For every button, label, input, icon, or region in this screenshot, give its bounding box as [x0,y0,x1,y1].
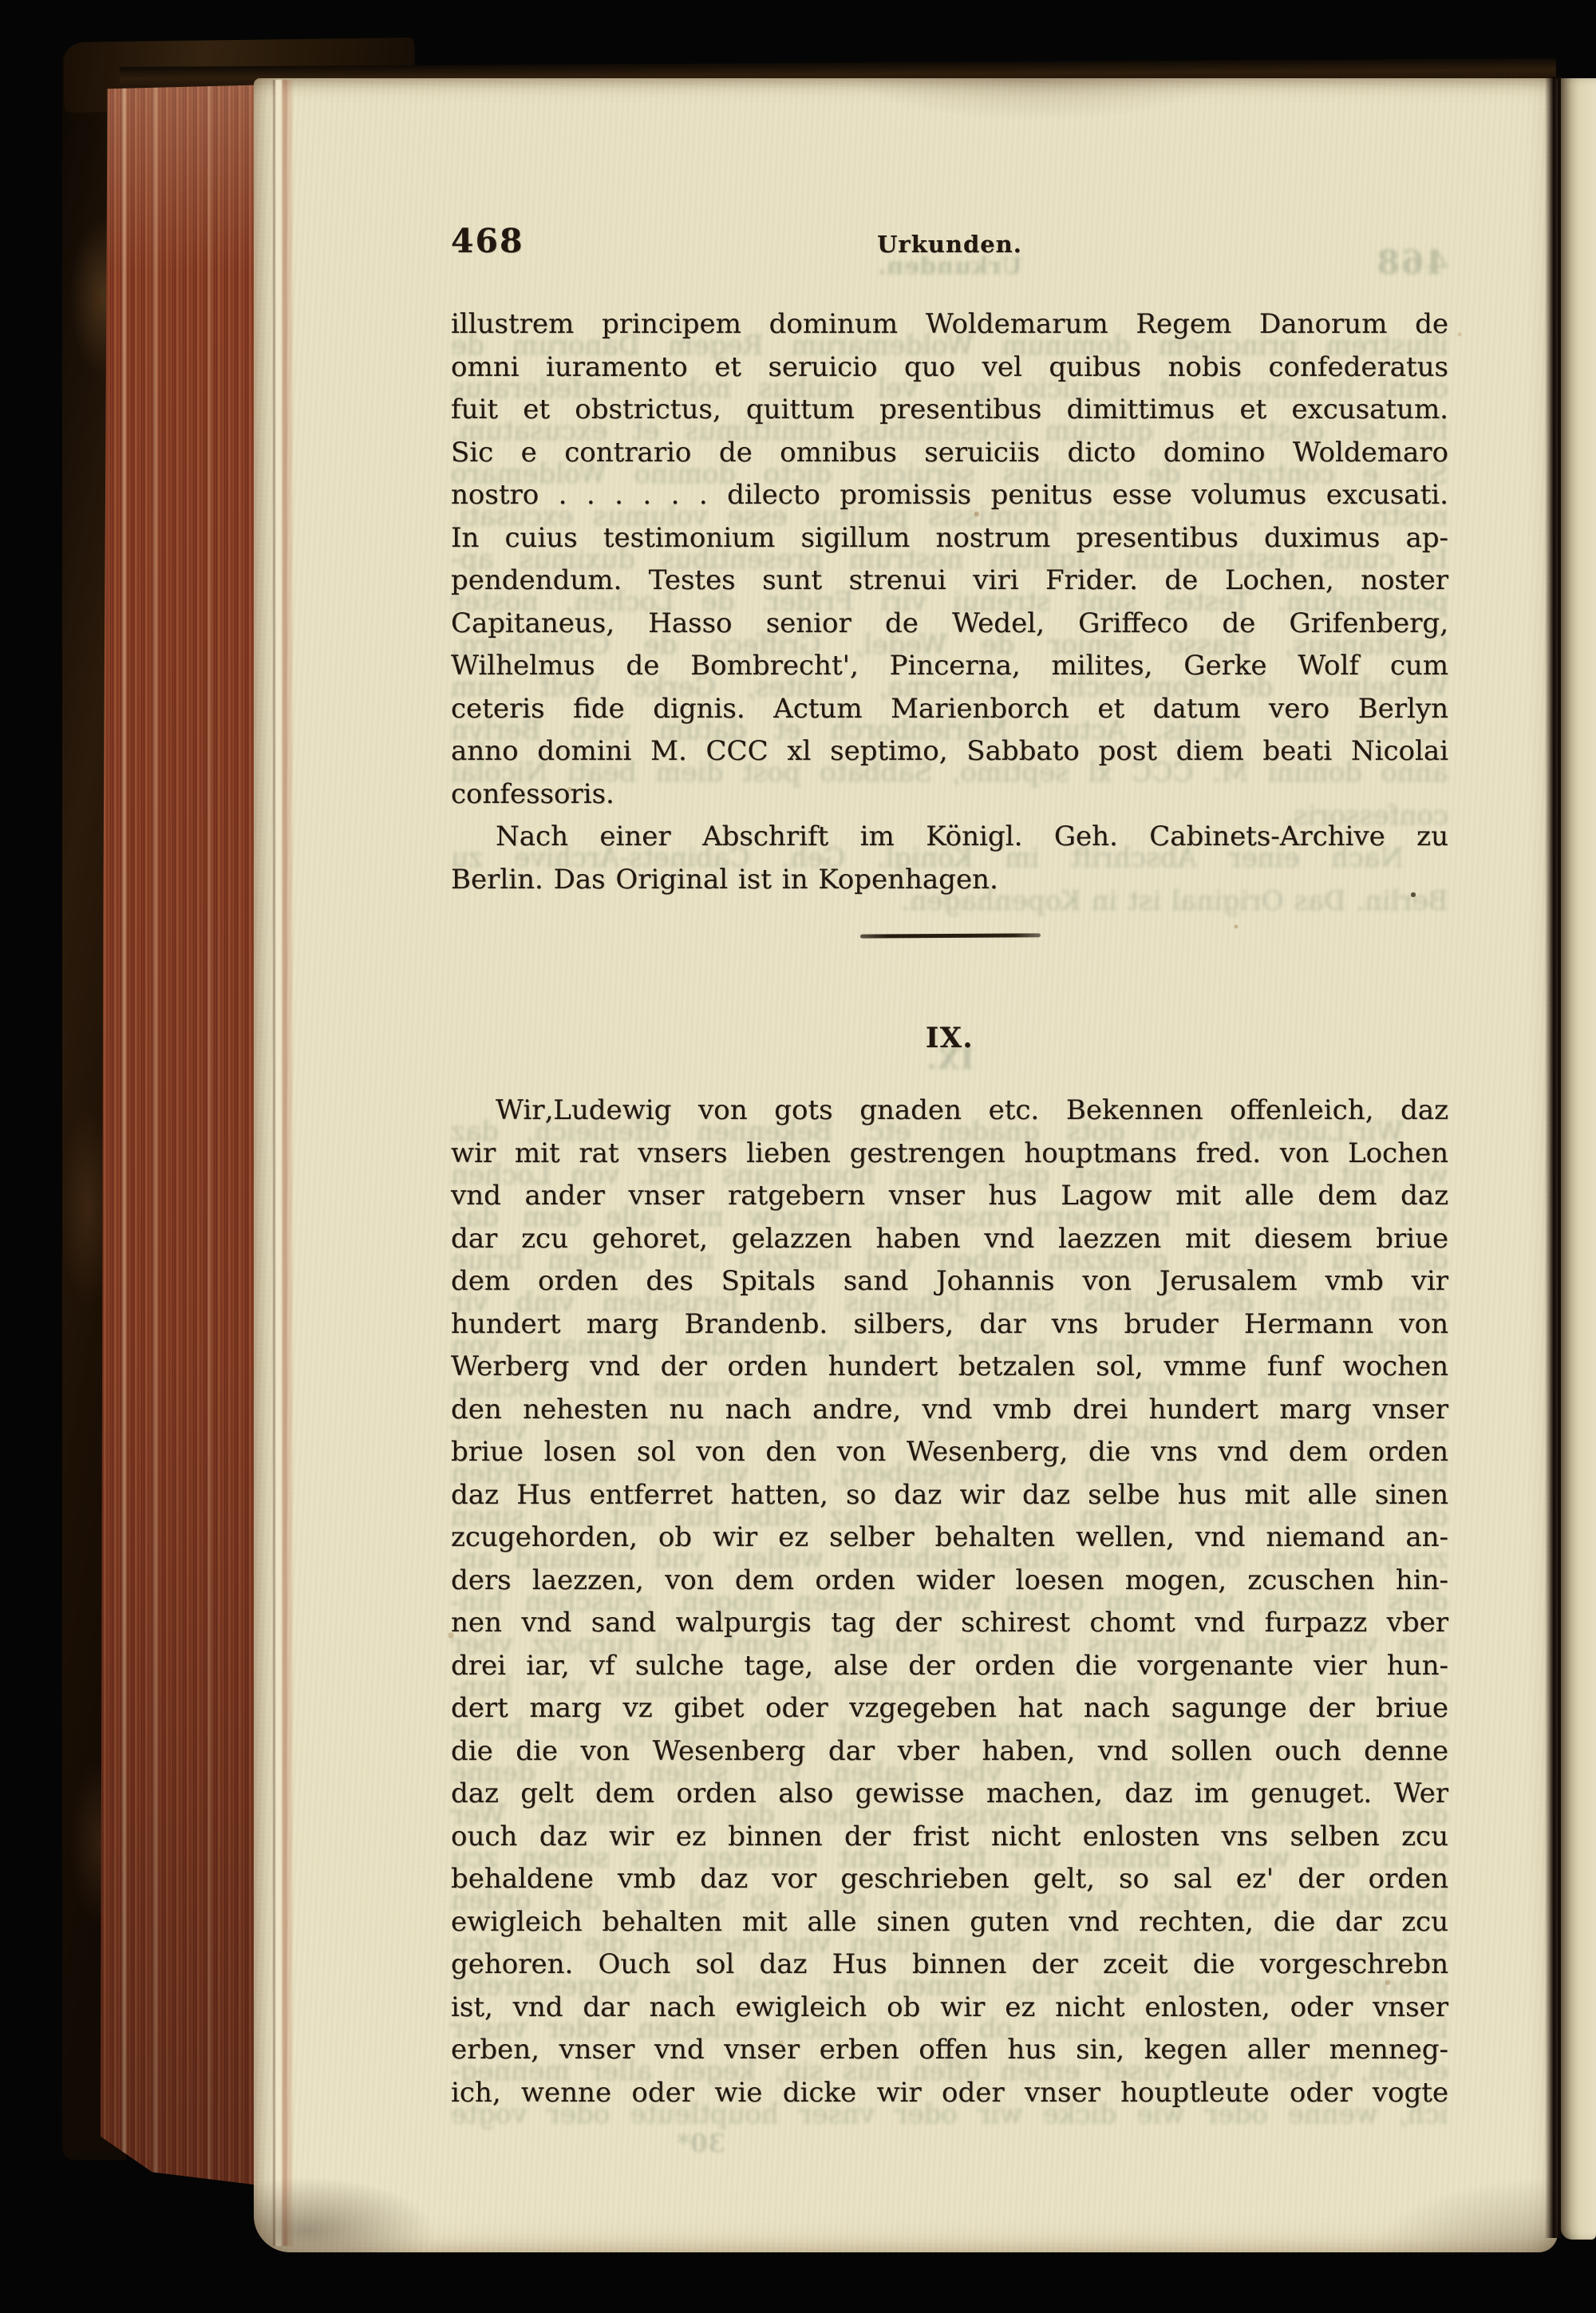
text-line: briue losen sol von den von Wesenberg, d… [451,1431,1448,1474]
text-line: Wir‚Ludewig von gots gnaden etc. Bekenne… [451,1089,1448,1133]
section-divider [860,933,1041,938]
text-line: Wilhelmus de Bombrecht', Pincerna, milit… [451,645,1448,688]
text-line: hundert marg Brandenb. silbers, dar vns … [451,1303,1448,1346]
page-fore-edge [101,85,273,2187]
text-line: die die von Wesenberg dar vber haben, vn… [451,1730,1448,1773]
text-line: ist, vnd dar nach ewigleich ob wir ez ni… [451,1987,1448,2030]
text-line: daz Hus entferret hatten, so daz wir daz… [451,1474,1448,1517]
text-line: pendendum. Testes sunt strenui viri Frid… [451,559,1448,603]
text-line: Werberg vnd der orden hundert betzalen s… [451,1346,1448,1389]
text-line: vnd ander vnser ratgebern vnser hus Lago… [451,1175,1448,1218]
text-line: omni iuramento et seruicio quo vel quibu… [451,346,1448,389]
text-line: erben, vnser vnd vnser erben offen hus s… [451,2029,1448,2072]
show-through-signature: 30* [677,2128,725,2158]
facing-page-edge [1561,78,1596,2240]
latin-paragraph: illustrem principem dominum Woldemarum R… [451,303,1448,816]
text-line: anno domini M. CCC xl septimo, Sabbato p… [451,730,1448,773]
text-line: wir mit rat vnsers lieben gestrengen hou… [451,1133,1448,1176]
running-header: Urkunden. [451,233,1448,256]
text-line: Capitaneus, Hasso senior de Wedel, Griff… [451,603,1448,646]
section-heading: IX. [451,1022,1448,1055]
text-line: zcugehorden, ob wir ez selber behalten w… [451,1516,1448,1560]
text-line: behaldene vmb daz vor geschrieben gelt, … [451,1858,1448,1901]
page-gutter-shadow [1545,77,1561,2238]
text-line: dert marg vz gibet oder vzgegeben hat na… [451,1687,1448,1730]
scanned-book-photo: 468 Urkunden. illustrem principem dominu… [0,0,1596,2313]
text-line: Nach einer Abschrift im Königl. Geh. Cab… [451,816,1448,859]
text-line: nostro . . . . . . dilecto promissis pen… [451,474,1448,517]
text-line: confessoris. [451,773,1448,816]
text-line: Berlin. Das Original ist in Kopenhagen. [451,859,1448,902]
text-line: ceteris fide dignis. Actum Marienborch e… [451,688,1448,731]
text-line: ders laezzen, von dem orden wider loesen… [451,1560,1448,1603]
text-line: dar zcu gehoret, gelazzen haben vnd laez… [451,1218,1448,1261]
text-line: nen vnd sand walpurgis tag der schirest … [451,1602,1448,1645]
text-line: In cuius testimonium sigillum nostrum pr… [451,517,1448,560]
german-paragraph: Wir‚Ludewig von gots gnaden etc. Bekenne… [451,1089,1448,2114]
text-line: ouch daz wir ez binnen der frist nicht e… [451,1816,1448,1859]
text-line: ich, wenne oder wie dicke wir oder vnser… [451,2072,1448,2115]
text-line: drei iar, vf sulche tage, alse der orden… [451,1645,1448,1688]
text-line: ewigleich behalten mit alle sinen guten … [451,1901,1448,1944]
text-line: Sic e contrario de omnibus seruiciis dic… [451,432,1448,475]
text-line: den nehesten nu nach andre, vnd vmb drei… [451,1389,1448,1432]
text-line: gehoren. Ouch sol daz Hus binnen der zce… [451,1943,1448,1987]
source-note: Nach einer Abschrift im Königl. Geh. Cab… [451,816,1448,901]
page-content: 468 Urkunden. illustrem principem dominu… [254,78,1558,2252]
text-line: fuit et obstrictus, quittum presentibus … [451,389,1448,432]
text-line: illustrem principem dominum Woldemarum R… [451,303,1448,346]
text-line: dem orden des Spitals sand Johannis von … [451,1260,1448,1303]
text-line: daz gelt dem orden also gewisse machen, … [451,1773,1448,1816]
book-page: 468 Urkunden. illustrem principem dominu… [254,78,1558,2252]
